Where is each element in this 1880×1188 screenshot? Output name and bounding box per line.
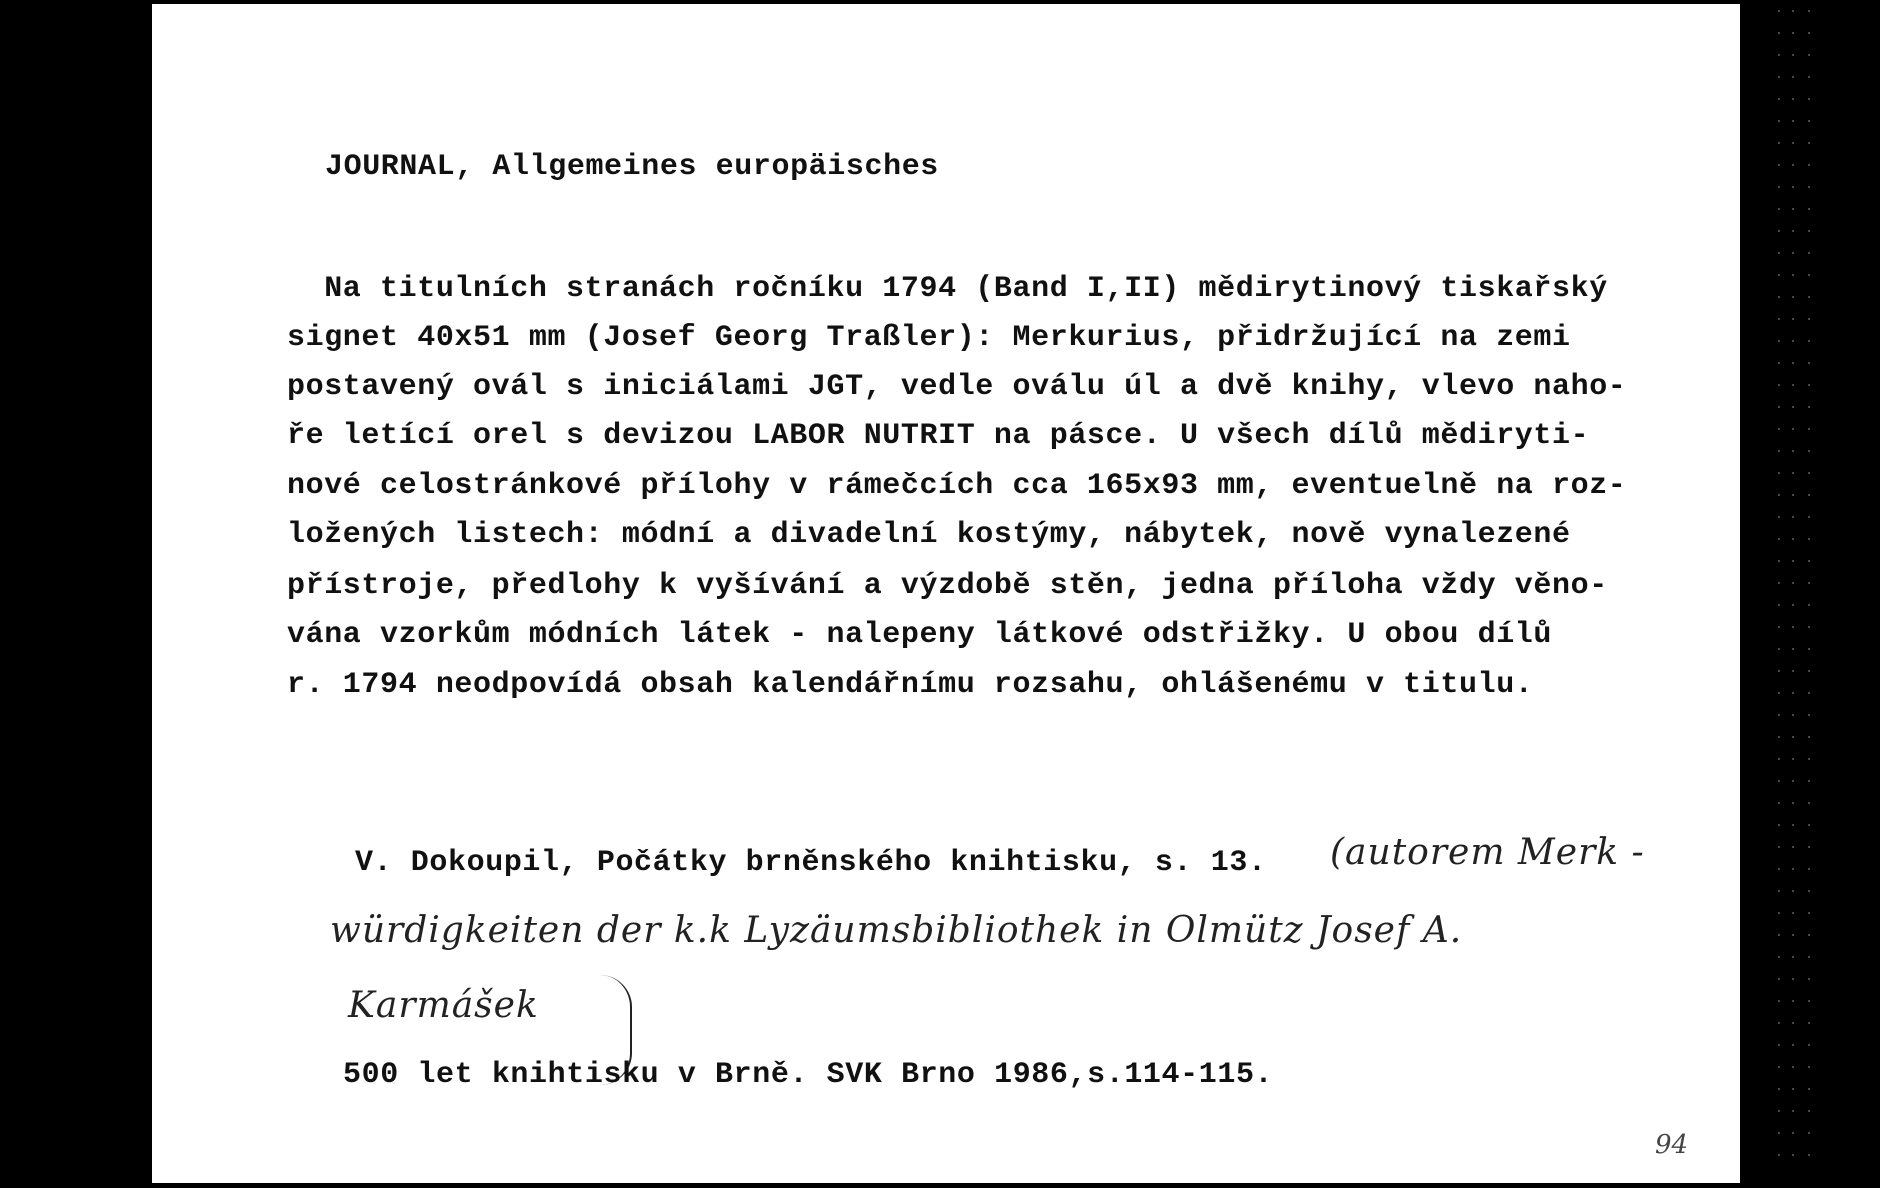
handwritten-note-line: Karmášek: [348, 985, 539, 1026]
paragraph-line: vána vzorkům módních látek - nalepeny lá…: [287, 620, 1552, 650]
paragraph-line: nové celostránkové přílohy v rámečcích c…: [287, 471, 1626, 501]
paragraph-line: přístroje, předlohy k vyšívání a výzdobě…: [287, 571, 1608, 601]
paragraph-line: postavený ovál s iniciálami JGT, vedle o…: [287, 372, 1626, 402]
paragraph-line: signet 40x51 mm (Josef Georg Traßler): M…: [287, 323, 1571, 353]
paragraph-line: ložených listech: módní a divadelní kost…: [287, 520, 1571, 550]
handwritten-note-line: würdigkeiten der k.k Lyzäumsbibliothek i…: [330, 910, 1462, 951]
paragraph-line: Na titulních stranách ročníku 1794 (Band…: [287, 274, 1608, 304]
paragraph-line: r. 1794 neodpovídá obsah kalendářnímu ro…: [287, 670, 1533, 700]
card-title: JOURNAL, Allgemeines europäisches: [325, 152, 939, 182]
paragraph-line: ře letící orel s devizou LABOR NUTRIT na…: [287, 421, 1589, 451]
citation-dokoupil: V. Dokoupil, Počátky brněnského knihtisk…: [355, 848, 1267, 878]
page-number: 94: [1655, 1130, 1688, 1160]
scan-border-right: [1740, 0, 1880, 1188]
handwritten-note-line: (autorem Merk -: [1330, 832, 1645, 873]
citation-500-let: 500 let knihtisku v Brně. SVK Brno 1986,…: [343, 1060, 1273, 1090]
